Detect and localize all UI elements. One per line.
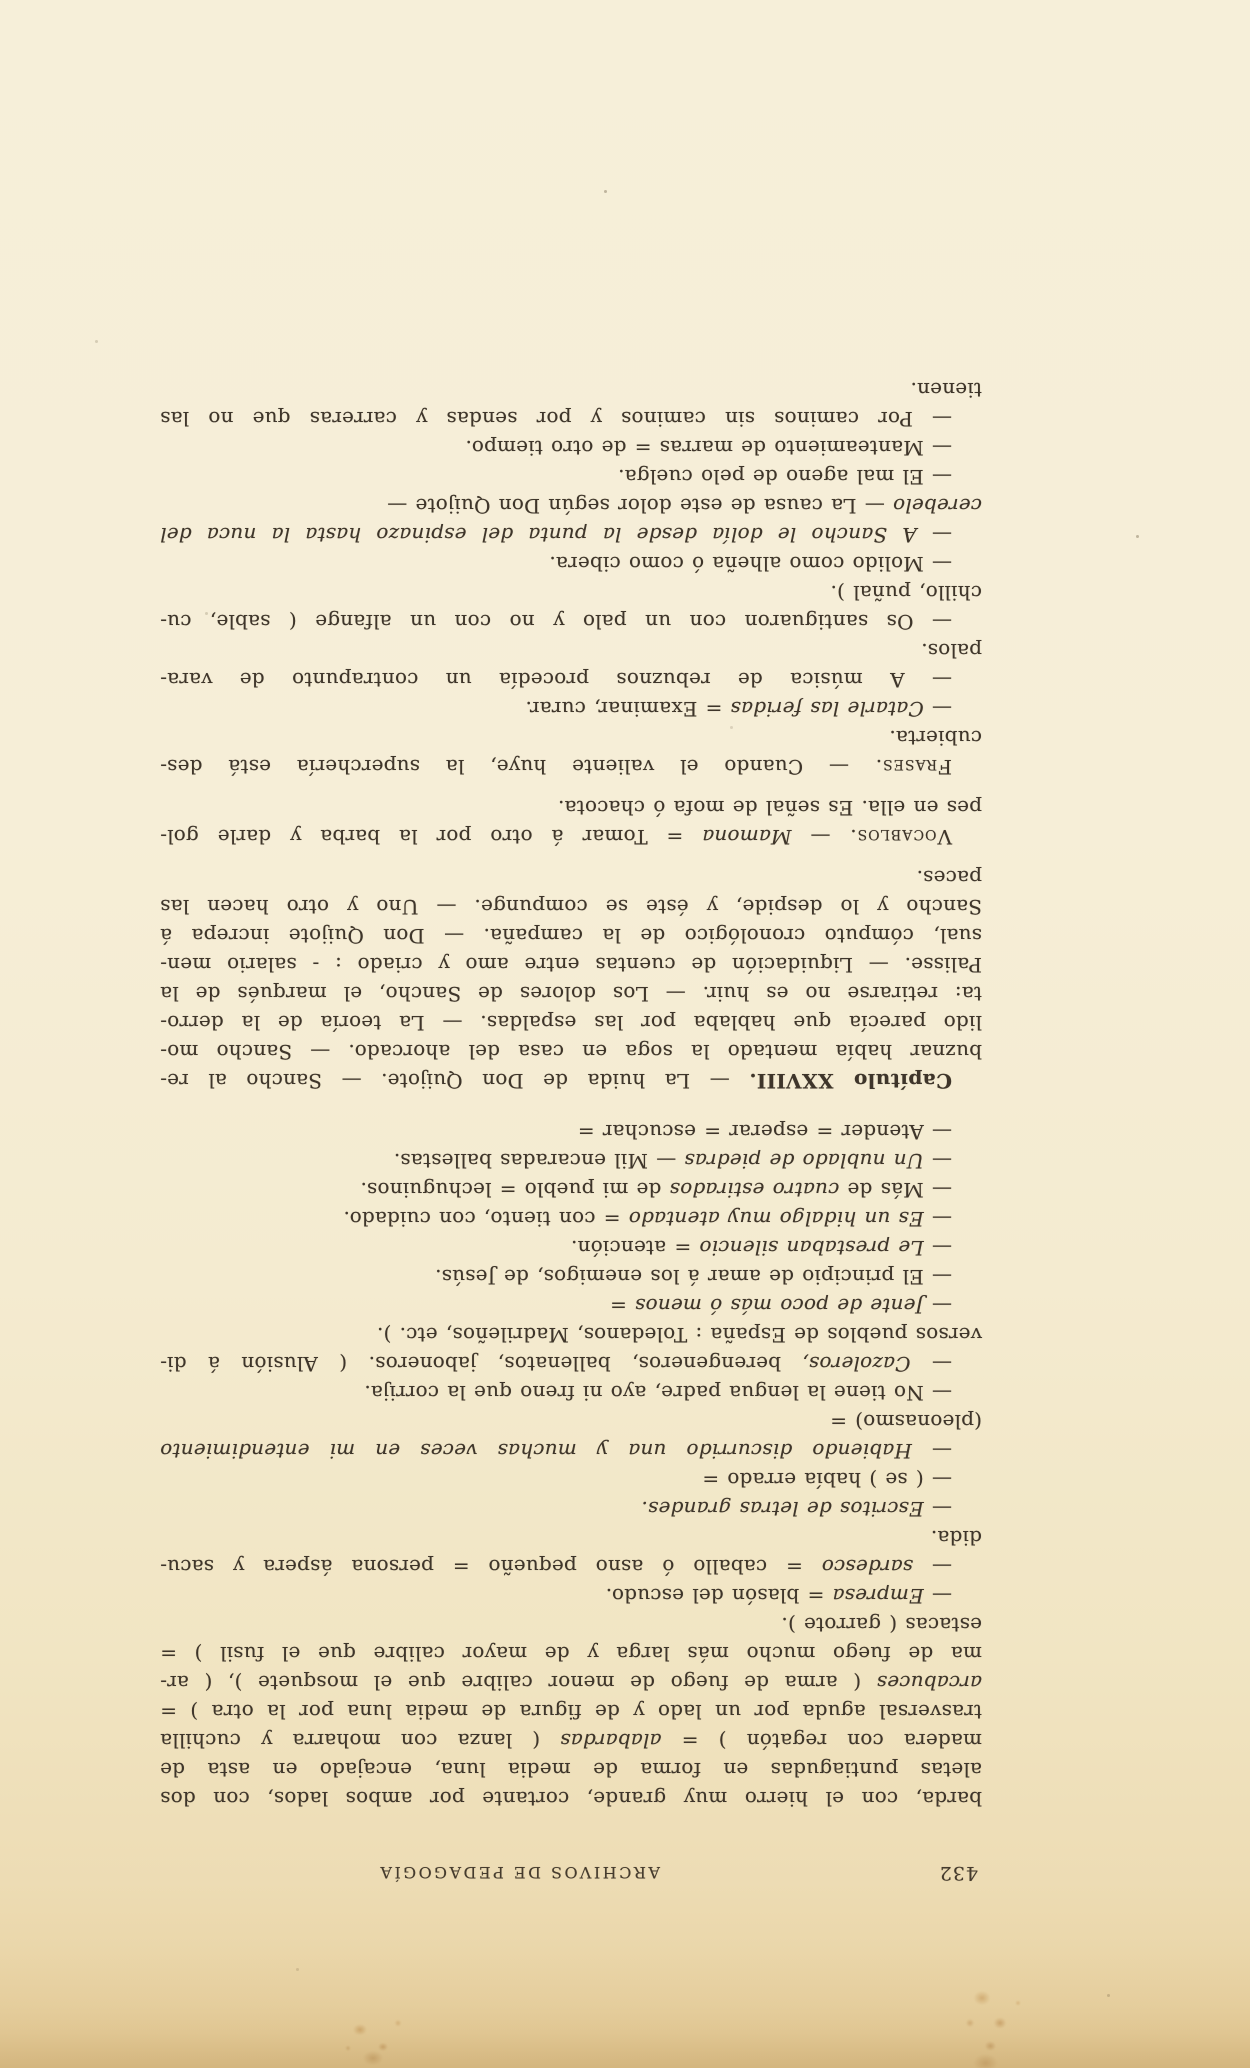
text-run: — <box>913 1555 952 1579</box>
text-run: sual, cómputo cronológico de la campaña.… <box>160 924 982 948</box>
italic-text: arcabuces <box>877 1671 982 1695</box>
text-run: — <box>924 1149 952 1173</box>
text-run: — La huida de Don Quijote. — Sancho al r… <box>160 1069 749 1093</box>
text-run: Palisse. — Liquidación de cuentas entre … <box>160 953 982 977</box>
text-line: — Un nublado de piedras — Mil encaradas … <box>160 1146 982 1175</box>
running-title: ARCHIVOS DE PEDAGOGÍA <box>108 1863 930 1882</box>
text-line: — Molido como alheña ó como cibera. <box>160 549 982 578</box>
italic-text: cerebelo <box>893 494 982 518</box>
text-line: chillo, puñal ). <box>160 578 982 607</box>
text-run: — Más de <box>839 1178 952 1202</box>
text-run: = atención. <box>571 1236 699 1260</box>
text-run: — Manteamiento de marras = de otro tiemp… <box>465 436 952 460</box>
text-run: cubierta. <box>889 726 982 750</box>
text-run: paces. <box>916 866 982 890</box>
text-line: aletas puntiagudas en forma de media lun… <box>160 1755 982 1784</box>
text-line: estacas ( garrote ). <box>160 1610 982 1639</box>
text-line: — Os santiguaron con un palo y no con un… <box>160 607 982 636</box>
text-line: — Es un hidalgo muy atentado = con tient… <box>160 1204 982 1233</box>
text-line: Capítulo XXVIII. — La huida de Don Quijo… <box>160 1066 982 1095</box>
text-line: madera con regatón ) = alabardas ( lanza… <box>160 1726 982 1755</box>
text-run: — <box>912 1439 952 1463</box>
page-header: 432 ARCHIVOS DE PEDAGOGÍA <box>160 1852 982 1884</box>
text-run: ( arma de fuego de menor calibre que el … <box>160 1671 877 1695</box>
text-line: lido parecía que hablaba por las espalda… <box>160 1008 982 1037</box>
smallcaps-text: Frases. <box>875 755 952 779</box>
text-line: — Habiendo discurrido una y muchas veces… <box>160 1436 982 1465</box>
text-line: trasversal aguda por un lado y de figura… <box>160 1697 982 1726</box>
text-run: = Tomar á otro por la barba y darle gol- <box>160 825 702 849</box>
text-run: dida. <box>931 1526 982 1550</box>
text-run: — <box>911 1352 952 1376</box>
text-run: — <box>924 1236 952 1260</box>
bold-text: Capítulo XXVIII. <box>749 1069 952 1093</box>
text-line: — Le prestaban silencio = atención. <box>160 1233 982 1262</box>
text-line: paces. <box>160 863 982 892</box>
text-line: dida. <box>160 1523 982 1552</box>
text-run: trasversal aguda por un lado y de figura… <box>160 1700 982 1724</box>
text-run: = <box>610 1294 635 1318</box>
text-line: — Atender = esperar = escuchar = <box>160 1117 982 1146</box>
text-line: — A Sancho le dolía desde la punta del e… <box>160 520 982 549</box>
text-line: — sardesco = caballo ó asno pequeño = pe… <box>160 1552 982 1581</box>
text-run: Sancho y lo despide, y éste se compunge.… <box>160 895 982 919</box>
text-run: — ( se ) había errado = <box>702 1468 952 1492</box>
italic-text: Habiendo discurrido una y muchas veces e… <box>160 1439 912 1463</box>
text-run: lido parecía que hablaba por las espalda… <box>160 1011 982 1035</box>
text-run: ma de fuego mucho más larga y de mayor c… <box>160 1642 982 1666</box>
text-run: barda, con el hierro muy grande, cortant… <box>160 1787 982 1811</box>
text-run: = caballo ó asno pequeño = persona ásper… <box>160 1555 822 1579</box>
text-run: aletas puntiagudas en forma de media lun… <box>160 1758 982 1782</box>
italic-text: Le prestaban silencio <box>699 1236 923 1260</box>
text-line: palos. <box>160 636 982 665</box>
text-run: — El mal ageno de pelo cuelga. <box>618 465 952 489</box>
italic-text: Mamona <box>702 825 791 849</box>
text-run: versos pueblos de España : Toledanos, Ma… <box>377 1323 982 1347</box>
text-line: — ( se ) había errado = <box>160 1465 982 1494</box>
text-run: — Os santiguaron con un palo y no con un… <box>160 610 952 634</box>
text-run: — No tiene la lengua padre, ayo ni freno… <box>364 1381 952 1405</box>
text-line: — Por caminos sin caminos y por sendas y… <box>160 404 982 433</box>
text-line: — El principio de amar á los enemigos, d… <box>160 1262 982 1291</box>
text-run: — <box>924 1584 952 1608</box>
text-line: — Jente de poco más ó menos = <box>160 1291 982 1320</box>
text-line: Sancho y lo despide, y éste se compunge.… <box>160 892 982 921</box>
text-run: — <box>924 1497 952 1521</box>
text-run: — <box>924 697 952 721</box>
text-line: — Cazoleros, berengeneros, ballenatos, j… <box>160 1349 982 1378</box>
text-line: (pleonasmo) = <box>160 1407 982 1436</box>
italic-text: Jente de poco más ó menos <box>635 1294 924 1318</box>
text-line: — No tiene la lengua padre, ayo ni freno… <box>160 1378 982 1407</box>
text-line: ma de fuego mucho más larga y de mayor c… <box>160 1639 982 1668</box>
italic-text: Es un hidalgo muy atentado <box>629 1207 924 1231</box>
text-line: arcabuces ( arma de fuego de menor calib… <box>160 1668 982 1697</box>
smallcaps-text: Vocablos. <box>849 825 952 849</box>
text-run: — Por caminos sin caminos y por sendas y… <box>160 407 952 431</box>
text-line: — A música de rebuznos procedía un contr… <box>160 665 982 694</box>
text-run: palos. <box>921 639 982 663</box>
page-number: 432 <box>939 1862 978 1884</box>
italic-text: Empresa <box>832 1584 923 1608</box>
text-run: tienen. <box>910 378 982 402</box>
text-run: chillo, puñal ). <box>830 581 982 605</box>
text-line: barda, con el hierro muy grande, cortant… <box>160 1784 982 1813</box>
italic-text: A Sancho le dolía desde la punta del esp… <box>160 523 917 547</box>
text-run: — Mil encaradas ballestas. <box>394 1149 685 1173</box>
text-line: pes en ella. Es señal de mofa ó chacota. <box>160 793 982 822</box>
text-line: buznar había mentado la soga en casa del… <box>160 1037 982 1066</box>
text-run: — A música de rebuznos procedía un contr… <box>160 668 952 692</box>
italic-text: sardesco <box>822 1555 914 1579</box>
text-line: versos pueblos de España : Toledanos, Ma… <box>160 1320 982 1349</box>
text-line: Vocablos. — Mamona = Tomar á otro por la… <box>160 822 982 851</box>
text-run: — <box>792 825 850 849</box>
text-run: de mi pueblo = lechuguinos. <box>360 1178 669 1202</box>
text-run: = Examinar, curar. <box>525 697 730 721</box>
scanned-page-sheet: 432 ARCHIVOS DE PEDAGOGÍA barda, con el … <box>0 0 1250 2068</box>
text-line: sual, cómputo cronológico de la campaña.… <box>160 921 982 950</box>
text-run: ( lanza con moharra y cuchilla <box>160 1729 560 1753</box>
text-run: (pleonasmo) = <box>830 1410 982 1434</box>
text-run: — <box>924 1294 952 1318</box>
text-line: Palisse. — Liquidación de cuentas entre … <box>160 950 982 979</box>
page-body: barda, con el hierro muy grande, cortant… <box>160 375 982 1813</box>
text-line: cubierta. <box>160 723 982 752</box>
text-line: — El mal ageno de pelo cuelga. <box>160 462 982 491</box>
text-line: — Escritos de letras grandes. <box>160 1494 982 1523</box>
text-run: — La causa de este dolor según Don Quijo… <box>387 494 893 518</box>
text-run: — <box>917 523 952 547</box>
text-run: = blasón del escudo. <box>606 1584 833 1608</box>
scanned-page: 432 ARCHIVOS DE PEDAGOGÍA barda, con el … <box>0 0 1250 2068</box>
italic-text: alabardas <box>560 1729 661 1753</box>
italic-text: Escritos de letras grandes. <box>641 1497 923 1521</box>
text-run: = con tiento, con cuidado. <box>343 1207 628 1231</box>
text-line: Frases. — Cuando el valiente huye, la su… <box>160 752 982 781</box>
text-line: tienen. <box>160 375 982 404</box>
text-run: estacas ( garrote ). <box>781 1613 982 1637</box>
text-line: cerebelo — La causa de este dolor según … <box>160 491 982 520</box>
text-line: ta: retirarse no es huir. — Los dolores … <box>160 979 982 1008</box>
text-run: — Cuando el valiente huye, la supercherí… <box>160 755 875 779</box>
text-line: — Catarle las feridas = Examinar, curar. <box>160 694 982 723</box>
italic-text: Cazoleros, <box>802 1352 910 1376</box>
text-run: — El principio de amar á los enemigos, d… <box>435 1265 952 1289</box>
italic-text: Catarle las feridas <box>730 697 923 721</box>
text-run: buznar había mentado la soga en casa del… <box>160 1040 982 1064</box>
text-run: berengeneros, ballenatos, jaboneros. ( A… <box>160 1352 802 1376</box>
text-run: madera con regatón ) = <box>662 1729 983 1753</box>
text-run: pes en ella. Es señal de mofa ó chacota. <box>558 796 982 820</box>
italic-text: Un nublado de piedras <box>684 1149 923 1173</box>
text-run: — Atender = esperar = escuchar = <box>578 1120 952 1144</box>
text-line: — Más de cuatro estirados de mi pueblo =… <box>160 1175 982 1204</box>
text-line: — Empresa = blasón del escudo. <box>160 1581 982 1610</box>
text-run: — Molido como alheña ó como cibera. <box>549 552 952 576</box>
text-run: — <box>924 1207 952 1231</box>
text-run: ta: retirarse no es huir. — Los dolores … <box>160 982 982 1006</box>
text-line: — Manteamiento de marras = de otro tiemp… <box>160 433 982 462</box>
italic-text: cuatro estirados <box>669 1178 839 1202</box>
